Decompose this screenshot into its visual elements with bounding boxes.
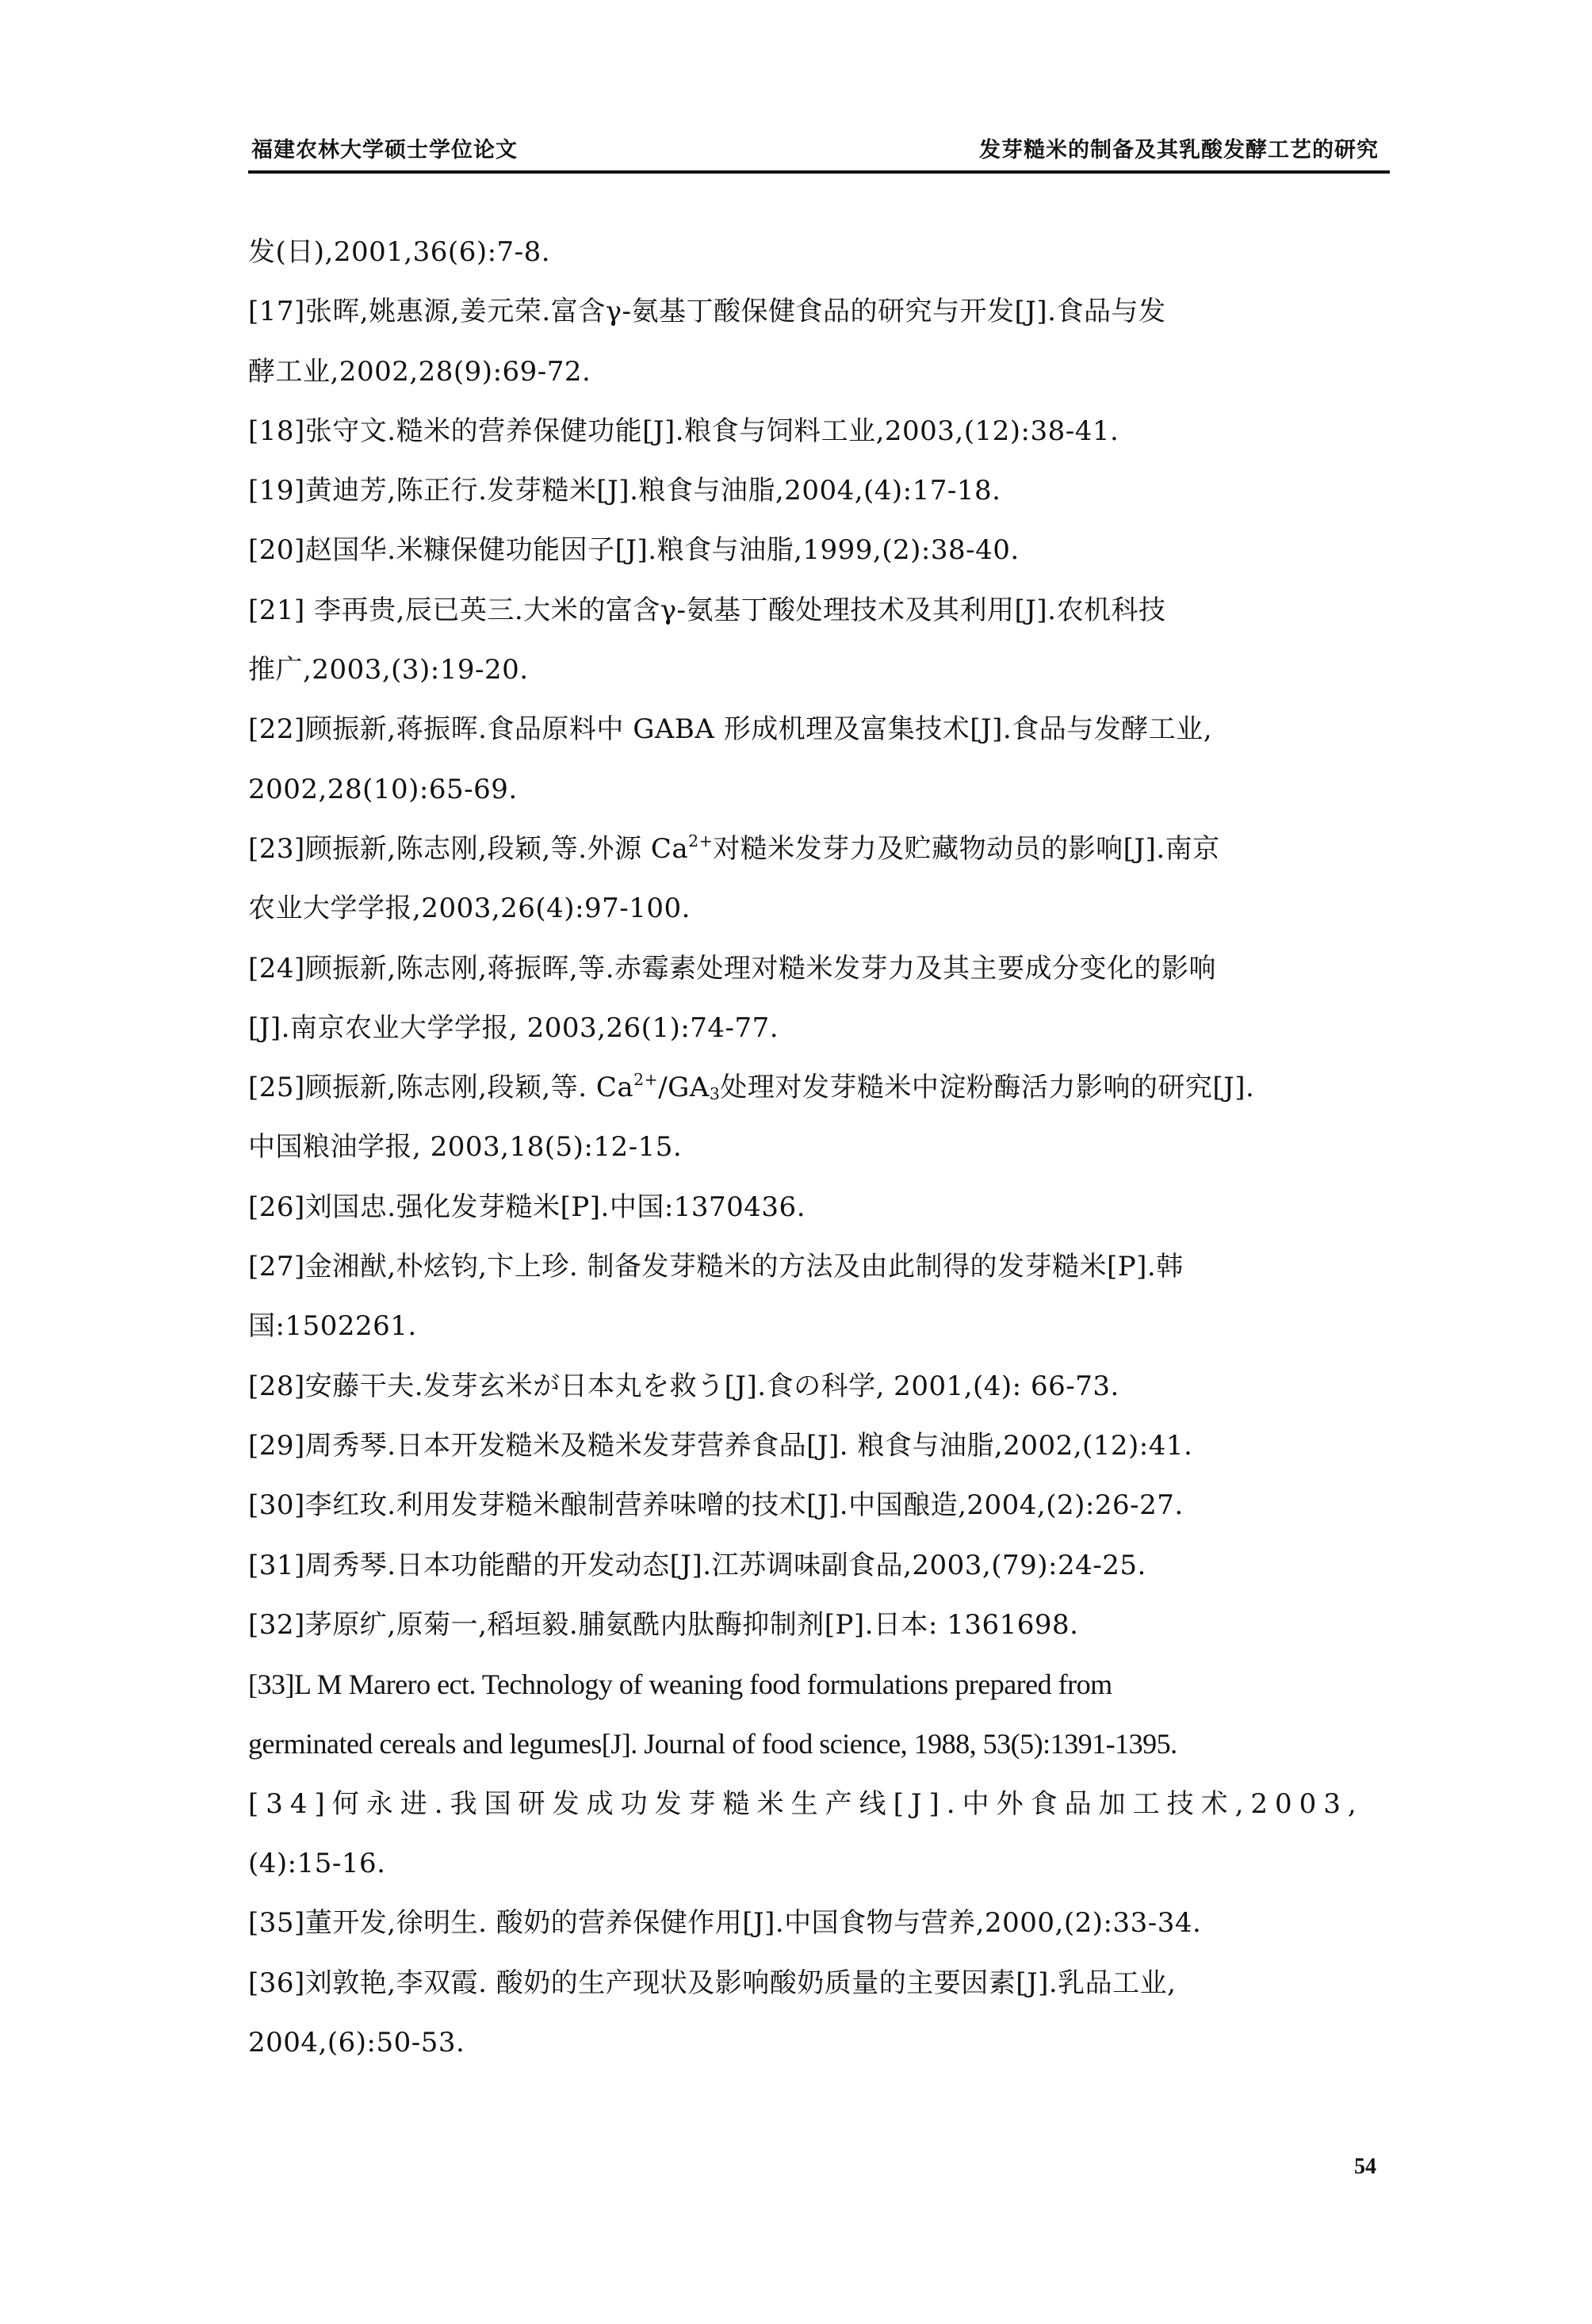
reference-text: [23]顾振新,陈志刚,段颖,等.外源 Ca	[248, 833, 688, 865]
reference-line: 2002,28(10):65-69.	[248, 760, 1398, 820]
reference-line: 发(日),2001,36(6):7-8.	[248, 223, 1398, 282]
header-divider	[248, 170, 1390, 174]
reference-line: [27]金湘猷,朴炫钧,卞上珍. 制备发芽糙米的方法及由此制得的发芽糙米[P].…	[248, 1237, 1398, 1297]
reference-line: [32]茅原纩,原菊一,稻垣毅.脯氨酰内肽酶抑制剂[P].日本: 1361698…	[248, 1596, 1398, 1655]
reference-line: 推广,2003,(3):19-20.	[248, 640, 1398, 700]
reference-line: (4):15-16.	[248, 1834, 1398, 1894]
subscript-index: 3	[710, 1084, 720, 1103]
reference-line: [21] 李再贵,辰已英三.大米的富含γ-氨基丁酸处理技术及其利用[J].农机科…	[248, 581, 1398, 640]
header-university-title: 福建农林大学硕士学位论文	[251, 136, 518, 165]
reference-line: [23]顾振新,陈志刚,段颖,等.外源 Ca2+对糙米发芽力及贮藏物动员的影响[…	[248, 820, 1398, 879]
reference-line: 中国粮油学报, 2003,18(5):12-15.	[248, 1118, 1398, 1177]
reference-line: [22]顾振新,蒋振晖.食品原料中 GABA 形成机理及富集技术[J].食品与发…	[248, 700, 1398, 759]
reference-line: 酵工业,2002,28(9):69-72.	[248, 342, 1398, 402]
reference-line: [36]刘敦艳,李双霞. 酸奶的生产现状及影响酸奶质量的主要因素[J].乳品工业…	[248, 1954, 1398, 2013]
reference-line: 2004,(6):50-53.	[248, 2013, 1398, 2073]
reference-line: 国:1502261.	[248, 1297, 1398, 1356]
reference-line: [29]周秀琴.日本开发糙米及糙米发芽营养食品[J]. 粮食与油脂,2002,(…	[248, 1416, 1398, 1476]
reference-line: [18]张守文.糙米的营养保健功能[J].粮食与饲料工业,2003,(12):3…	[248, 402, 1398, 461]
reference-line: [26]刘国忠.强化发芽糙米[P].中国:1370436.	[248, 1178, 1398, 1237]
superscript-charge: 2+	[688, 831, 713, 850]
reference-text: [25]顾振新,陈志刚,段颖,等. Ca	[248, 1072, 633, 1103]
reference-line: [25]顾振新,陈志刚,段颖,等. Ca2+/GA3处理对发芽糙米中淀粉酶活力影…	[248, 1058, 1398, 1118]
page-number: 54	[1354, 2154, 1376, 2180]
reference-line: [20]赵国华.米糠保健功能因子[J].粮食与油脂,1999,(2):38-40…	[248, 521, 1398, 580]
reference-line: [28]安藤干夫.发芽玄米が日本丸を救う[J].食の科学, 2001,(4): …	[248, 1357, 1398, 1416]
header-thesis-title: 发芽糙米的制备及其乳酸发酵工艺的研究	[979, 136, 1379, 165]
reference-text: 处理对发芽糙米中淀粉酶活力影响的研究[J].	[720, 1072, 1254, 1103]
reference-line: [24]顾振新,陈志刚,蒋振晖,等.赤霉素处理对糙米发芽力及其主要成分变化的影响	[248, 939, 1398, 999]
reference-line: [30]李红玫.利用发芽糙米酿制营养味噌的技术[J].中国酿造,2004,(2)…	[248, 1476, 1398, 1535]
reference-line: [34]何永进.我国研发成功发芽糙米生产线[J].中外食品加工技术,2003,	[248, 1775, 1398, 1834]
reference-line: [31]周秀琴.日本功能醋的开发动态[J].江苏调味副食品,2003,(79):…	[248, 1536, 1398, 1596]
reference-line: [17]张晖,姚惠源,姜元荣.富含γ-氨基丁酸保健食品的研究与开发[J].食品与…	[248, 282, 1398, 342]
reference-line: germinated cereals and legumes[J]. Journ…	[248, 1714, 1398, 1774]
reference-line: [J].南京农业大学学报, 2003,26(1):74-77.	[248, 999, 1398, 1058]
reference-list: 发(日),2001,36(6):7-8. [17]张晖,姚惠源,姜元荣.富含γ-…	[248, 223, 1398, 2073]
reference-line: [19]黄迪芳,陈正行.发芽糙米[J].粮食与油脂,2004,(4):17-18…	[248, 461, 1398, 521]
running-header: 福建农林大学硕士学位论文 发芽糙米的制备及其乳酸发酵工艺的研究	[248, 136, 1390, 168]
reference-text: /GA	[658, 1072, 710, 1103]
reference-text: 对糙米发芽力及贮藏物动员的影响[J].南京	[713, 833, 1219, 865]
reference-line: 农业大学学报,2003,26(4):97-100.	[248, 879, 1398, 938]
superscript-charge: 2+	[633, 1070, 658, 1089]
reference-line: [35]董开发,徐明生. 酸奶的营养保健作用[J].中国食物与营养,2000,(…	[248, 1894, 1398, 1953]
reference-line: [33]L M Marero ect. Technology of weanin…	[248, 1655, 1398, 1714]
